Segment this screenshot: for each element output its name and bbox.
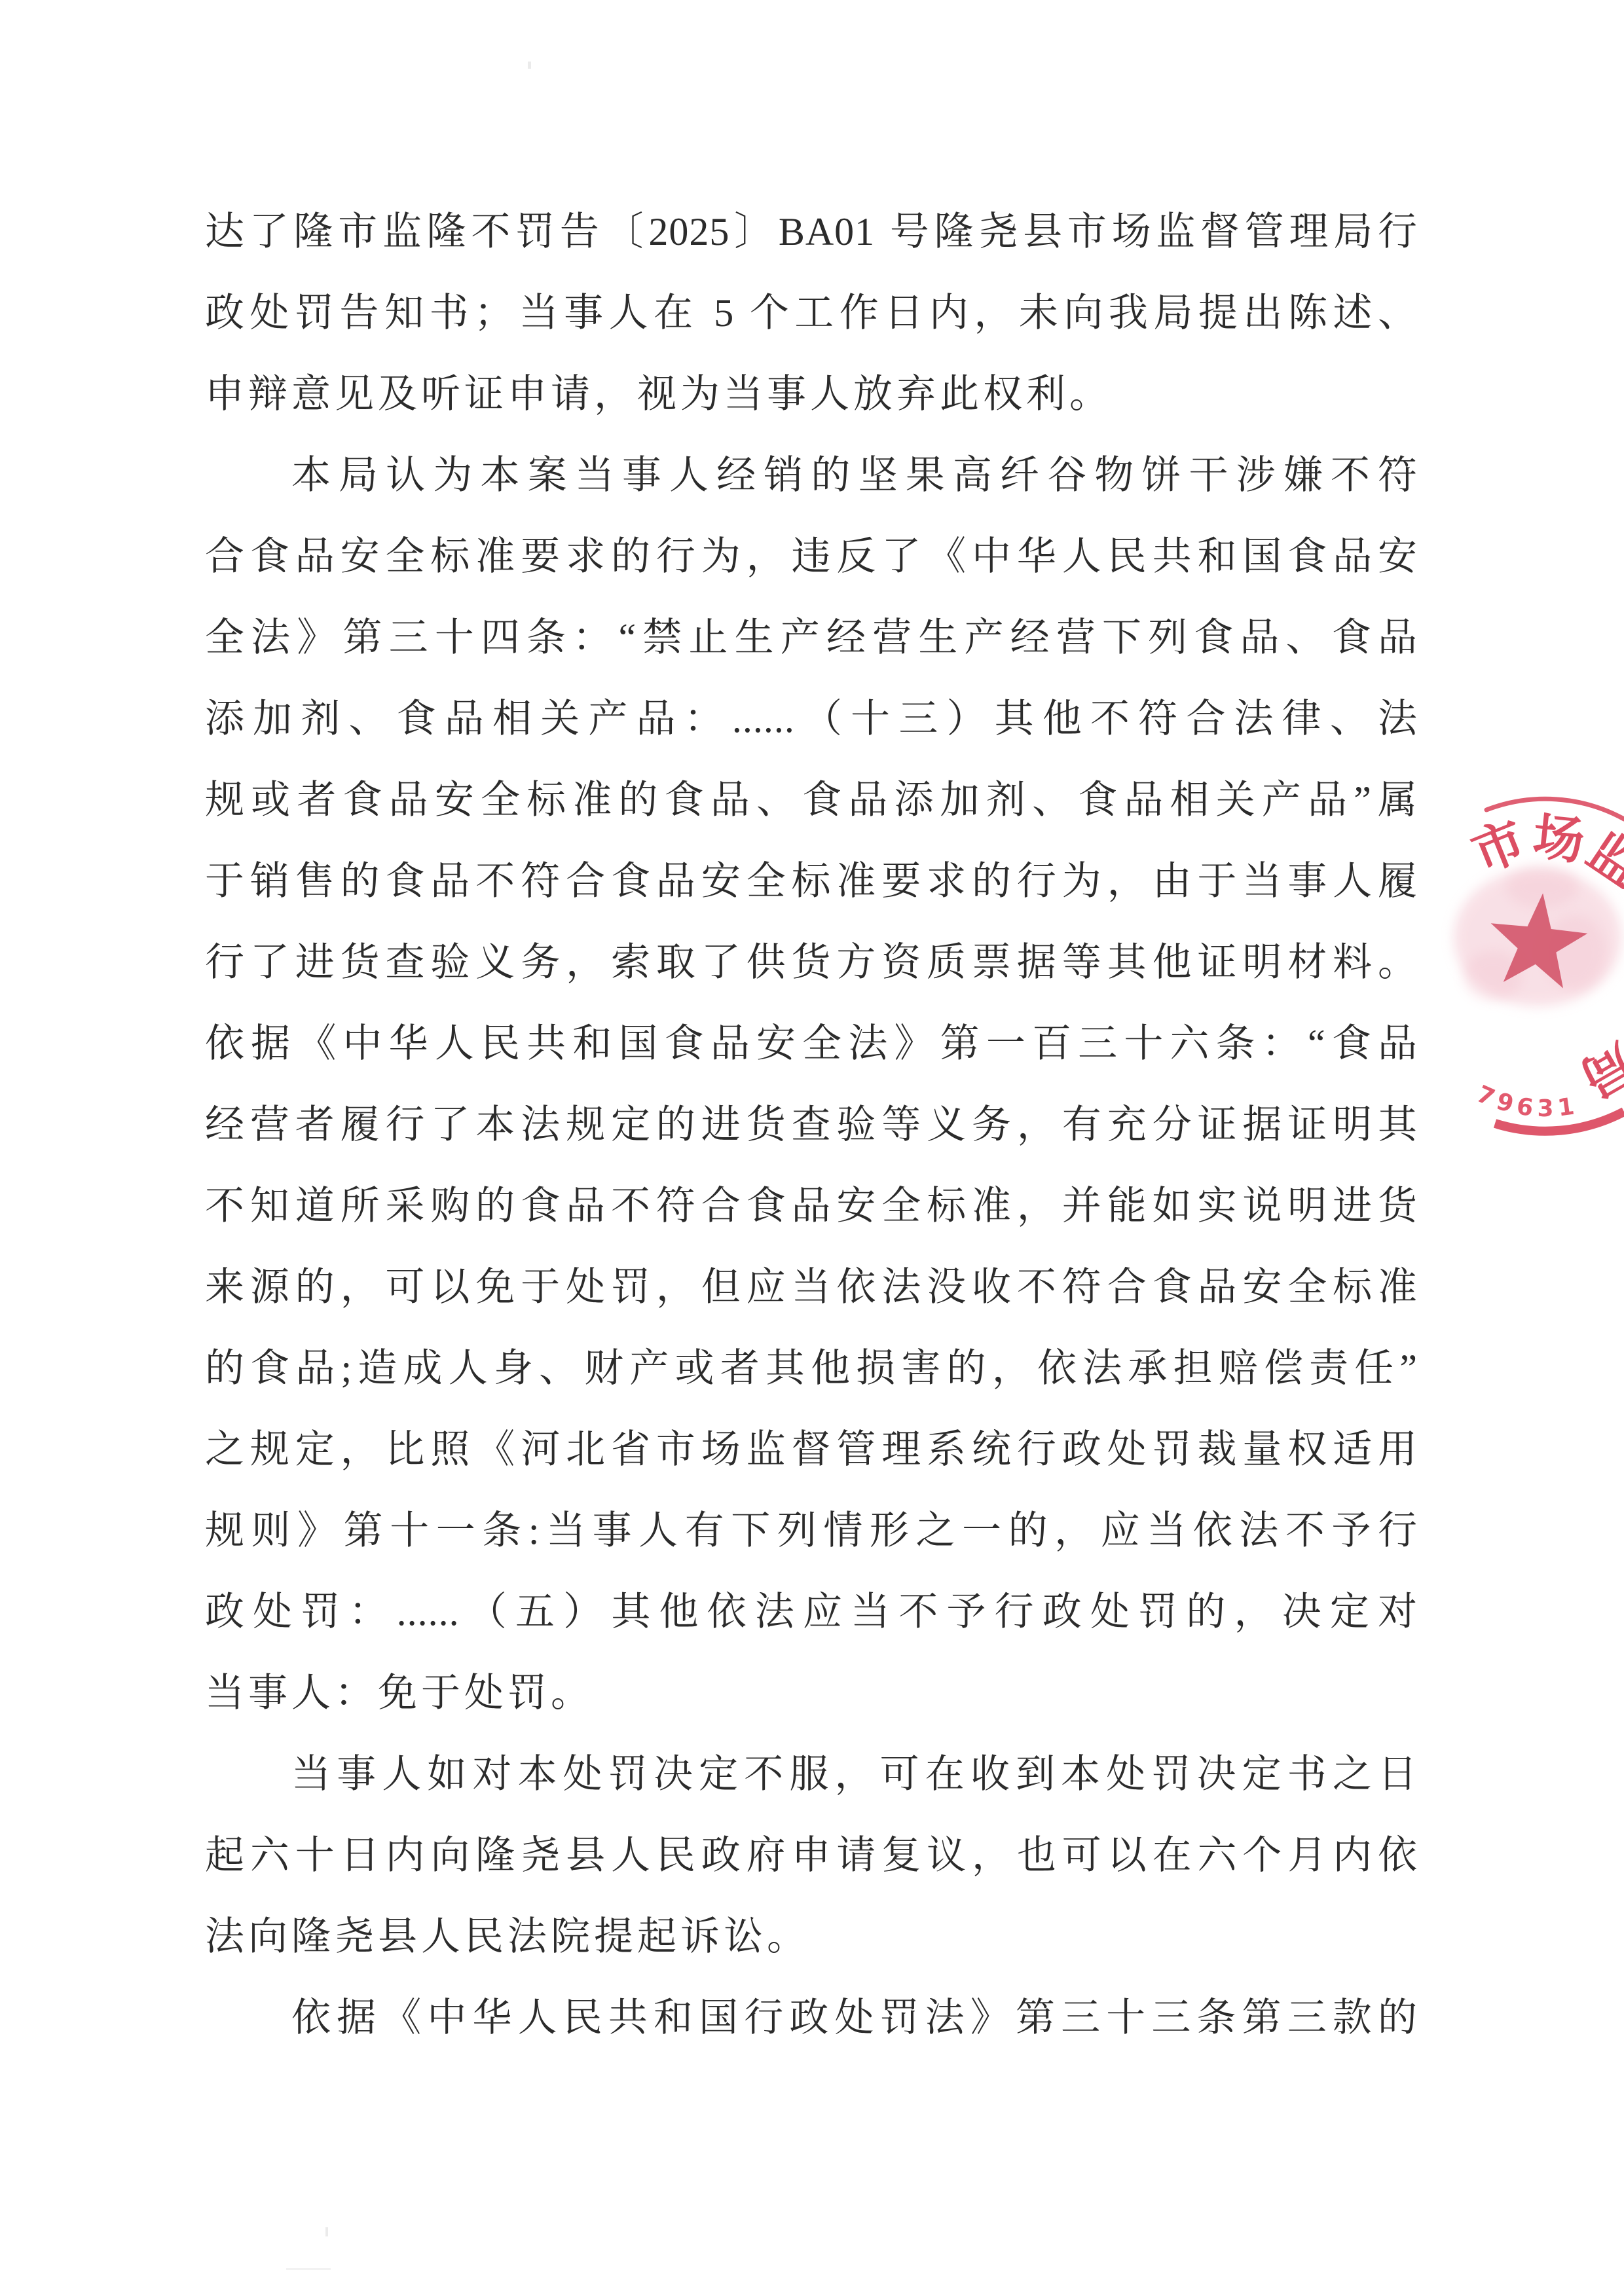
- text-line: 依据《中华人民共和国行政处罚法》第三十三条第三款的: [205, 1977, 1418, 2058]
- text-line: 达了隆市监隆不罚告〔2025〕BA01 号隆尧县市场监督管理局行: [205, 191, 1418, 272]
- text-line: 申辩意见及听证申请，视为当事人放弃此权利。: [205, 354, 1418, 435]
- text-line: 全法》第三十四条：“禁止生产经营生产经营下列食品、食品: [205, 597, 1418, 678]
- text-line: 来源的，可以免于处罚，但应当依法没收不符合食品安全标准: [205, 1247, 1418, 1328]
- text-line: 不知道所采购的食品不符合食品安全标准，并能如实说明进货: [205, 1165, 1418, 1247]
- scanned-document-page: 达了隆市监隆不罚告〔2025〕BA01 号隆尧县市场监督管理局行 政处罚告知书；…: [0, 0, 1624, 2296]
- text-line: 行了进货查验义务，索取了供货方资质票据等其他证明材料。: [205, 922, 1418, 1003]
- seal-code-digit: 7: [1473, 1081, 1499, 1112]
- scan-speck: [528, 62, 531, 69]
- seal-ring-char-bottom: 局: [1571, 1033, 1624, 1108]
- text-line: 当事人：免于处罚。: [205, 1652, 1418, 1734]
- text-line: 于销售的食品不符合食品安全标准要求的行为，由于当事人履: [205, 841, 1418, 922]
- scan-speck: [325, 2227, 328, 2236]
- seal-code-digit: 6: [1515, 1093, 1535, 1122]
- text-line: 依据《中华人民共和国食品安全法》第一百三十六条：“食品: [205, 1003, 1418, 1084]
- seal-ring-char: 场: [1530, 809, 1587, 871]
- scan-speck: [286, 2268, 331, 2270]
- seal-star: [1485, 888, 1591, 991]
- text-line: 的食品;造成人身、财产或者其他损害的，依法承担赔偿责任”: [205, 1328, 1418, 1409]
- seal-code-digit: 3: [1537, 1095, 1553, 1122]
- text-line: 之规定，比照《河北省市场监督管理系统行政处罚裁量权适用: [205, 1409, 1418, 1490]
- official-seal-graphic: 市 场 监 局 7 9 6 3 1: [1408, 773, 1624, 1178]
- seal-ring-text: 市 场 监 局: [1465, 809, 1624, 1108]
- text-line: 合食品安全标准要求的行为，违反了《中华人民共和国食品安: [205, 516, 1418, 597]
- document-text: 达了隆市监隆不罚告〔2025〕BA01 号隆尧县市场监督管理局行 政处罚告知书；…: [205, 191, 1418, 2058]
- text-line: 法向隆尧县人民法院提起诉讼。: [205, 1896, 1418, 1977]
- seal-code-digit: 1: [1556, 1093, 1576, 1122]
- seal-code: 7 9 6 3 1: [1473, 1081, 1576, 1122]
- official-seal: 市 场 监 局 7 9 6 3 1: [1408, 773, 1624, 1178]
- text-line: 起六十日内向隆尧县人民政府申请复议，也可以在六个月内依: [205, 1815, 1418, 1896]
- seal-ring-char: 监: [1578, 822, 1624, 898]
- text-line: 添加剂、食品相关产品：......（十三）其他不符合法律、法: [205, 678, 1418, 759]
- text-line: 经营者履行了本法规定的进货查验等义务，有充分证据证明其: [205, 1084, 1418, 1165]
- seal-rim-bottom-arc: [1495, 1112, 1624, 1131]
- text-line: 本局认为本案当事人经销的坚果高纤谷物饼干涉嫌不符: [205, 435, 1418, 516]
- seal-code-digit: 9: [1493, 1088, 1516, 1118]
- text-line: 规则》第十一条:当事人有下列情形之一的，应当依法不予行: [205, 1490, 1418, 1571]
- seal-rim-top-arc: [1486, 799, 1624, 819]
- seal-ring-char: 市: [1465, 811, 1534, 883]
- text-line: 政处罚：......（五）其他依法应当不予行政处罚的，决定对: [205, 1571, 1418, 1652]
- seal-ink-halo: [1454, 866, 1621, 1006]
- text-line: 政处罚告知书；当事人在 5 个工作日内，未向我局提出陈述、: [205, 272, 1418, 354]
- text-line: 规或者食品安全标准的食品、食品添加剂、食品相关产品”属: [205, 759, 1418, 841]
- text-line: 当事人如对本处罚决定不服，可在收到本处罚决定书之日: [205, 1734, 1418, 1815]
